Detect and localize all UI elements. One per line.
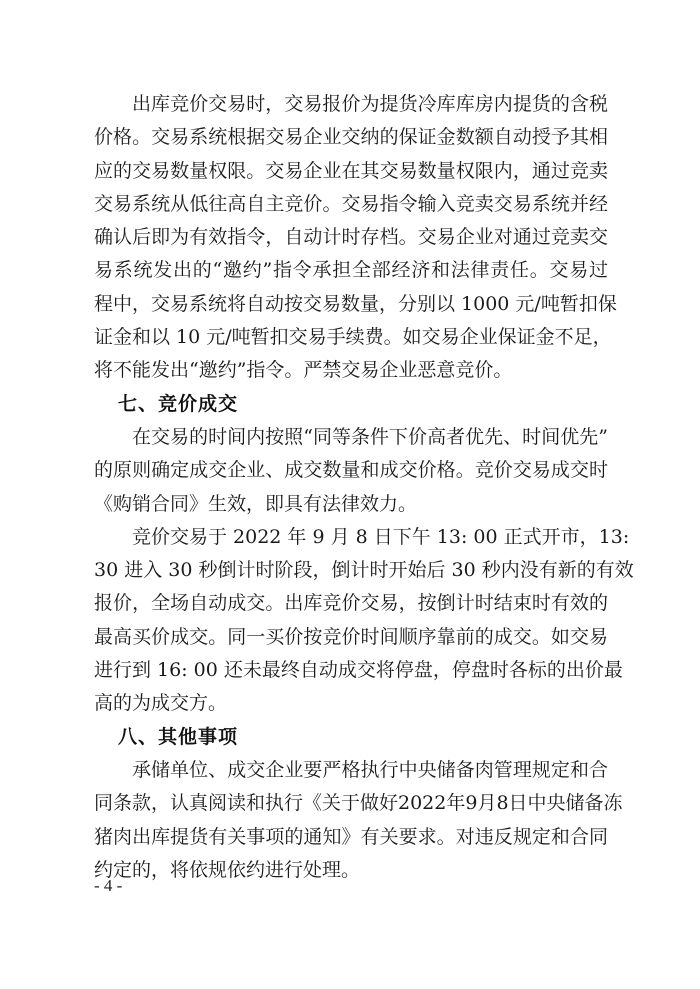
text-line: 证金和以 10 元/吨暂扣交易手续费。如交易企业保证金不足， (94, 321, 608, 354)
text-line: 出库竞价交易时，交易报价为提货冷库库房内提货的含税 (94, 88, 608, 121)
text-line: 应的交易数量权限。交易企业在其交易数量权限内，通过竞卖 (94, 155, 608, 188)
paragraph-other-matters: 承储单位、成交企业要严格执行中央储备肉管理规定和合 同条款，认真阅读和执行《关于… (94, 754, 608, 887)
text-line: 易系统发出的“邀约”指令承担全部经济和法律责任。交易过 (94, 254, 608, 287)
paragraph-deal-principle: 在交易的时间内按照“同等条件下价高者优先、时间优先” 的原则确定成交企业、成交数… (94, 421, 608, 521)
section-heading-8: 八、其他事项 (94, 721, 608, 754)
text-line: 交易系统从低往高自主竞价。交易指令输入竞卖交易系统并经 (94, 188, 608, 221)
text-line: 报价，全场自动成交。出库竞价交易，按倒计时结束时有效的 (94, 587, 608, 620)
text-line: 进行到 16: 00 还未最终自动成交将停盘，停盘时各标的出价最 (94, 654, 608, 687)
text-line: 约定的，将依规依约进行处理。 (94, 854, 608, 887)
text-line: 高的为成交方。 (94, 687, 608, 720)
text-line: 竞价交易于 2022 年 9 月 8 日下午 13: 00 正式开市，13: (94, 521, 608, 554)
paragraph-bidding-rules: 出库竞价交易时，交易报价为提货冷库库房内提货的含税 价格。交易系统根据交易企业交… (94, 88, 608, 388)
text-line: 猪肉出库提货有关事项的通知》有关要求。对违反规定和合同 (94, 821, 608, 854)
text-line: 《购销合同》生效，即具有法律效力。 (94, 488, 608, 521)
text-line: 在交易的时间内按照“同等条件下价高者优先、时间优先” (94, 421, 608, 454)
text-line: 价格。交易系统根据交易企业交纳的保证金数额自动授予其相 (94, 121, 608, 154)
text-line: 承储单位、成交企业要严格执行中央储备肉管理规定和合 (94, 754, 608, 787)
text-line: 30 进入 30 秒倒计时阶段，倒计时开始后 30 秒内没有新的有效 (94, 554, 608, 587)
paragraph-trading-schedule: 竞价交易于 2022 年 9 月 8 日下午 13: 00 正式开市，13: 3… (94, 521, 608, 721)
text-line: 确认后即为有效指令，自动计时存档。交易企业对通过竞卖交 (94, 221, 608, 254)
page-number: - 4 - (94, 876, 122, 896)
text-line: 将不能发出“邀约”指令。严禁交易企业恶意竞价。 (94, 354, 608, 387)
text-line: 最高买价成交。同一买价按竞价时间顺序靠前的成交。如交易 (94, 621, 608, 654)
document-page: 出库竞价交易时，交易报价为提货冷库库房内提货的含税 价格。交易系统根据交易企业交… (94, 88, 608, 887)
text-line: 的原则确定成交企业、成交数量和成交价格。竞价交易成交时 (94, 454, 608, 487)
section-heading-7: 七、竞价成交 (94, 388, 608, 421)
text-line: 同条款，认真阅读和执行《关于做好2022年9月8日中央储备冻 (94, 787, 608, 820)
text-line: 程中，交易系统将自动按交易数量，分别以 1000 元/吨暂扣保 (94, 288, 608, 321)
